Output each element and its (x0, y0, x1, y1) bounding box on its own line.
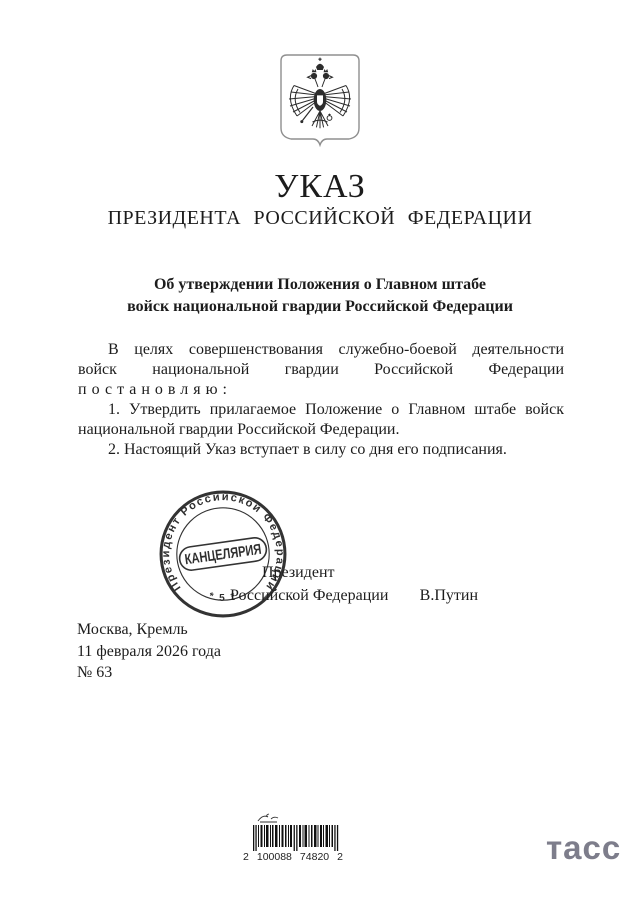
double-headed-eagle (289, 58, 351, 129)
barcode-digit-group-3: 74820 (300, 851, 329, 863)
stamp-center-group: КАНЦЕЛЯРИЯ (178, 536, 268, 571)
decree-number: № 63 (77, 662, 221, 684)
body-paragraph-1-line-3: постановляю: (78, 380, 564, 400)
barcode-digits: 2 100088 74820 2 (243, 851, 343, 863)
subject-line-2: войск национальной гвардии Российской Фе… (0, 296, 640, 318)
decree-issuer-title: ПРЕЗИДЕНТА РОССИЙСКОЙ ФЕДЕРАЦИИ (0, 207, 640, 230)
barcode-digit-group-2: 100088 (257, 851, 292, 863)
body-paragraph-1-line-2: войск национальной гвардии Российской Фе… (78, 360, 564, 380)
chancellery-round-stamp: Президент Российской Федерации * 5 * КАН… (157, 489, 289, 621)
body-item-1-line-2: национальной гвардии Российской Федераци… (78, 420, 564, 440)
decree-type-title: УКАЗ (0, 168, 640, 206)
stamp-bottom-text: * 5 * (208, 591, 239, 604)
tass-logo-watermark: тасс (546, 831, 621, 864)
decree-subject-heading: Об утверждении Положения о Главном штабе… (0, 274, 640, 318)
body-item-2-line-1: 2. Настоящий Указ вступает в силу со дня… (78, 440, 564, 460)
barcode-annotation-mark (255, 812, 281, 824)
signature-name: В.Путин (420, 584, 478, 607)
barcode-bars (253, 825, 339, 852)
russia-coat-of-arms-icon (280, 54, 360, 150)
body-paragraph-1-line-1: В целях совершенствования служебно-боево… (78, 340, 564, 360)
decree-body-text: В целях совершенствования служебно-боево… (78, 340, 564, 460)
issuance-date: 11 февраля 2026 года (77, 641, 221, 663)
decree-document-page: УКАЗ ПРЕЗИДЕНТА РОССИЙСКОЙ ФЕДЕРАЦИИ Об … (0, 0, 640, 905)
barcode-digit-group-4: 2 (337, 851, 343, 863)
barcode-digit-group-1: 2 (243, 851, 249, 863)
subject-line-1: Об утверждении Положения о Главном штабе (0, 274, 640, 296)
issuance-block: Москва, Кремль 11 февраля 2026 года № 63 (77, 619, 221, 684)
body-item-1-line-1: 1. Утвердить прилагаемое Положение о Гла… (78, 400, 564, 420)
issuance-place: Москва, Кремль (77, 619, 221, 641)
